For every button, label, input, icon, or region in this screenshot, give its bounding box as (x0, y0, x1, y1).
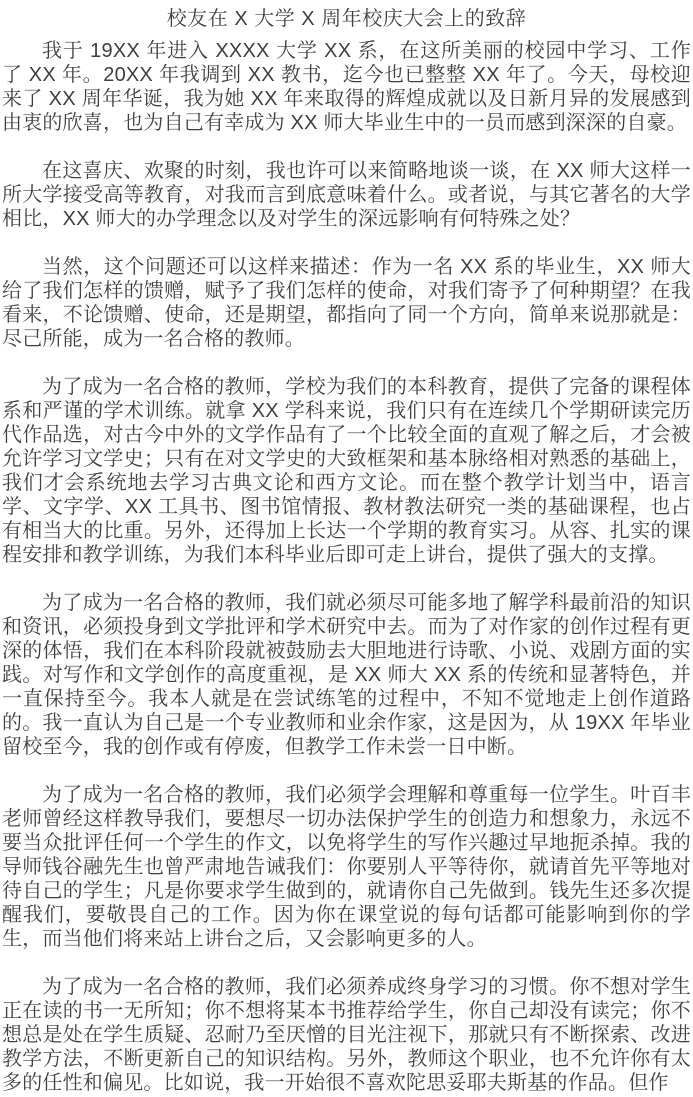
paragraph-2: 在这喜庆、欢聚的时刻，我也许可以来简略地谈一谈，在 XX 师大这样一所大学接受高… (2, 159, 691, 231)
paragraph-6: 为了成为一名合格的教师，我们必须学会理解和尊重每一位学生。叶百丰老师曾经这样教导… (2, 783, 691, 951)
paragraph-7: 为了成为一名合格的教师，我们必须养成终身学习的习惯。你不想对学生正在读的书一无所… (2, 975, 691, 1095)
document-page: 校友在 X 大学 X 周年校庆大会上的致辞 我于 19XX 年进入 XXXX 大… (0, 0, 693, 1097)
document-title: 校友在 X 大学 X 周年校庆大会上的致辞 (2, 6, 691, 32)
paragraph-3: 当然，这个问题还可以这样来描述：作为一名 XX 系的毕业生，XX 师大给了我们怎… (2, 255, 691, 351)
paragraph-5: 为了成为一名合格的教师，我们就必须尽可能多地了解学科最前沿的知识和资讯，必须投身… (2, 591, 691, 759)
paragraph-4: 为了成为一名合格的教师，学校为我们的本科教育，提供了完备的课程体系和严谨的学术训… (2, 375, 691, 567)
paragraph-1: 我于 19XX 年进入 XXXX 大学 XX 系，在这所美丽的校园中学习、工作了… (2, 39, 691, 135)
